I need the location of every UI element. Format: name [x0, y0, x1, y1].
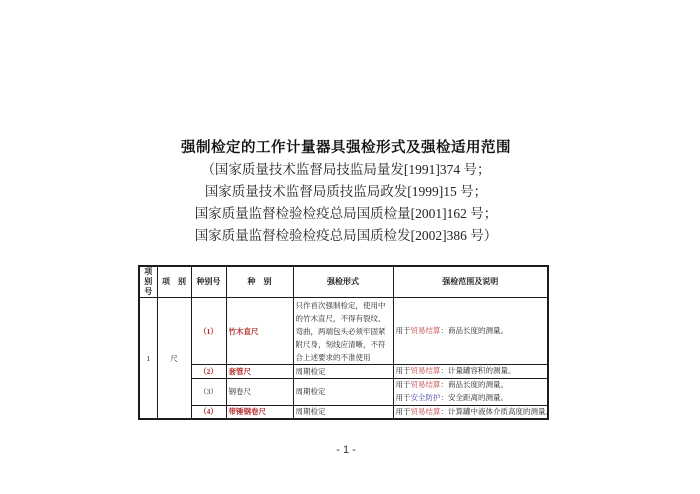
table-row: 1 尺 （1） 竹木直尺 只作首次强制检定，使用中的竹木直尺，不得有裂纹、弯曲，…	[139, 298, 548, 365]
verification-table: 项别号 项 别 种别号 种 别 强检形式 强检范围及说明 1 尺 （1） 竹木直…	[138, 265, 549, 420]
subtitle-line-3: 国家质量监督检验检疫总局国质检量[2001]162 号；	[0, 203, 692, 225]
scope-term: 贸易结算	[411, 366, 441, 375]
kind-name-cell: 钢卷尺	[226, 378, 293, 405]
form-cell: 只作首次强制检定，使用中的竹木直尺，不得有裂纹、弯曲，两端包头必须牢固紧附尺身，…	[293, 298, 393, 365]
item-name-cell: 尺	[157, 298, 191, 420]
document-header: 强制检定的工作计量器具强检形式及强检适用范围 （国家质量技术监督局技监局量发[1…	[0, 137, 692, 247]
subtitle-line-2: 国家质量技术监督局质技监局政发[1999]15 号；	[0, 181, 692, 203]
scope-prefix: 用于	[396, 380, 411, 389]
form-cell: 周期检定	[293, 378, 393, 405]
scope-line: 用于贸易结算：计算罐中液体介质高度的测量。	[396, 406, 546, 419]
page-number: - 1 -	[0, 444, 692, 456]
header-item: 项 别	[157, 266, 191, 298]
header-kind-no: 种别号	[191, 266, 226, 298]
scope-line: 用于贸易结算：商品长度的测量。	[396, 379, 546, 392]
scope-prefix: 用于	[396, 393, 411, 402]
scope-line: 用于贸易结算：计量罐容积的测量。	[396, 365, 546, 378]
scope-rest: ：商品长度的测量。	[441, 326, 509, 335]
subtitle-line-4: 国家质量监督检验检疫总局国质检发[2002]386 号）	[0, 225, 692, 247]
scope-term: 贸易结算	[411, 326, 441, 335]
scope-rest: ：计算罐中液体介质高度的测量。	[441, 407, 549, 416]
scope-line: 用于安全防护：安全距离的测量。	[396, 392, 546, 405]
kind-name-cell: 竹木直尺	[226, 298, 293, 365]
scope-prefix: 用于	[396, 326, 411, 335]
subtitle-line-1: （国家质量技术监督局技监局量发[1991]374 号；	[0, 159, 692, 181]
document-title: 强制检定的工作计量器具强检形式及强检适用范围	[0, 137, 692, 159]
header-scope: 强检范围及说明	[393, 266, 548, 298]
scope-rest: ：安全距离的测量。	[441, 393, 509, 402]
kind-no-cell: （2）	[191, 365, 226, 379]
scope-term: 贸易结算	[411, 407, 441, 416]
table-row: （2） 套管尺 周期检定 用于贸易结算：计量罐容积的测量。	[139, 365, 548, 379]
scope-term: 贸易结算	[411, 380, 441, 389]
scope-cell: 用于贸易结算：商品长度的测量。 用于安全防护：安全距离的测量。	[393, 378, 548, 405]
form-cell: 周期检定	[293, 365, 393, 379]
scope-term: 安全防护	[411, 393, 441, 402]
kind-name-cell: 带锤钢卷尺	[226, 405, 293, 419]
table-row: （3） 钢卷尺 周期检定 用于贸易结算：商品长度的测量。 用于安全防护：安全距离…	[139, 378, 548, 405]
header-item-no: 项别号	[139, 266, 157, 298]
scope-rest: ：商品长度的测量。	[441, 380, 509, 389]
header-kind: 种 别	[226, 266, 293, 298]
scope-prefix: 用于	[396, 407, 411, 416]
scope-cell: 用于贸易结算：计算罐中液体介质高度的测量。	[393, 405, 548, 419]
scope-rest: ：计量罐容积的测量。	[441, 366, 516, 375]
scope-line: 用于贸易结算：商品长度的测量。	[396, 325, 546, 338]
kind-no-cell: （1）	[191, 298, 226, 365]
kind-no-cell: （3）	[191, 378, 226, 405]
table-header-row: 项别号 项 别 种别号 种 别 强检形式 强检范围及说明	[139, 266, 548, 298]
table-row: （4） 带锤钢卷尺 周期检定 用于贸易结算：计算罐中液体介质高度的测量。	[139, 405, 548, 419]
header-form: 强检形式	[293, 266, 393, 298]
kind-name-cell: 套管尺	[226, 365, 293, 379]
item-no-cell: 1	[139, 298, 157, 420]
scope-prefix: 用于	[396, 366, 411, 375]
form-cell: 周期检定	[293, 405, 393, 419]
kind-no-cell: （4）	[191, 405, 226, 419]
scope-cell: 用于贸易结算：商品长度的测量。	[393, 298, 548, 365]
scope-cell: 用于贸易结算：计量罐容积的测量。	[393, 365, 548, 379]
